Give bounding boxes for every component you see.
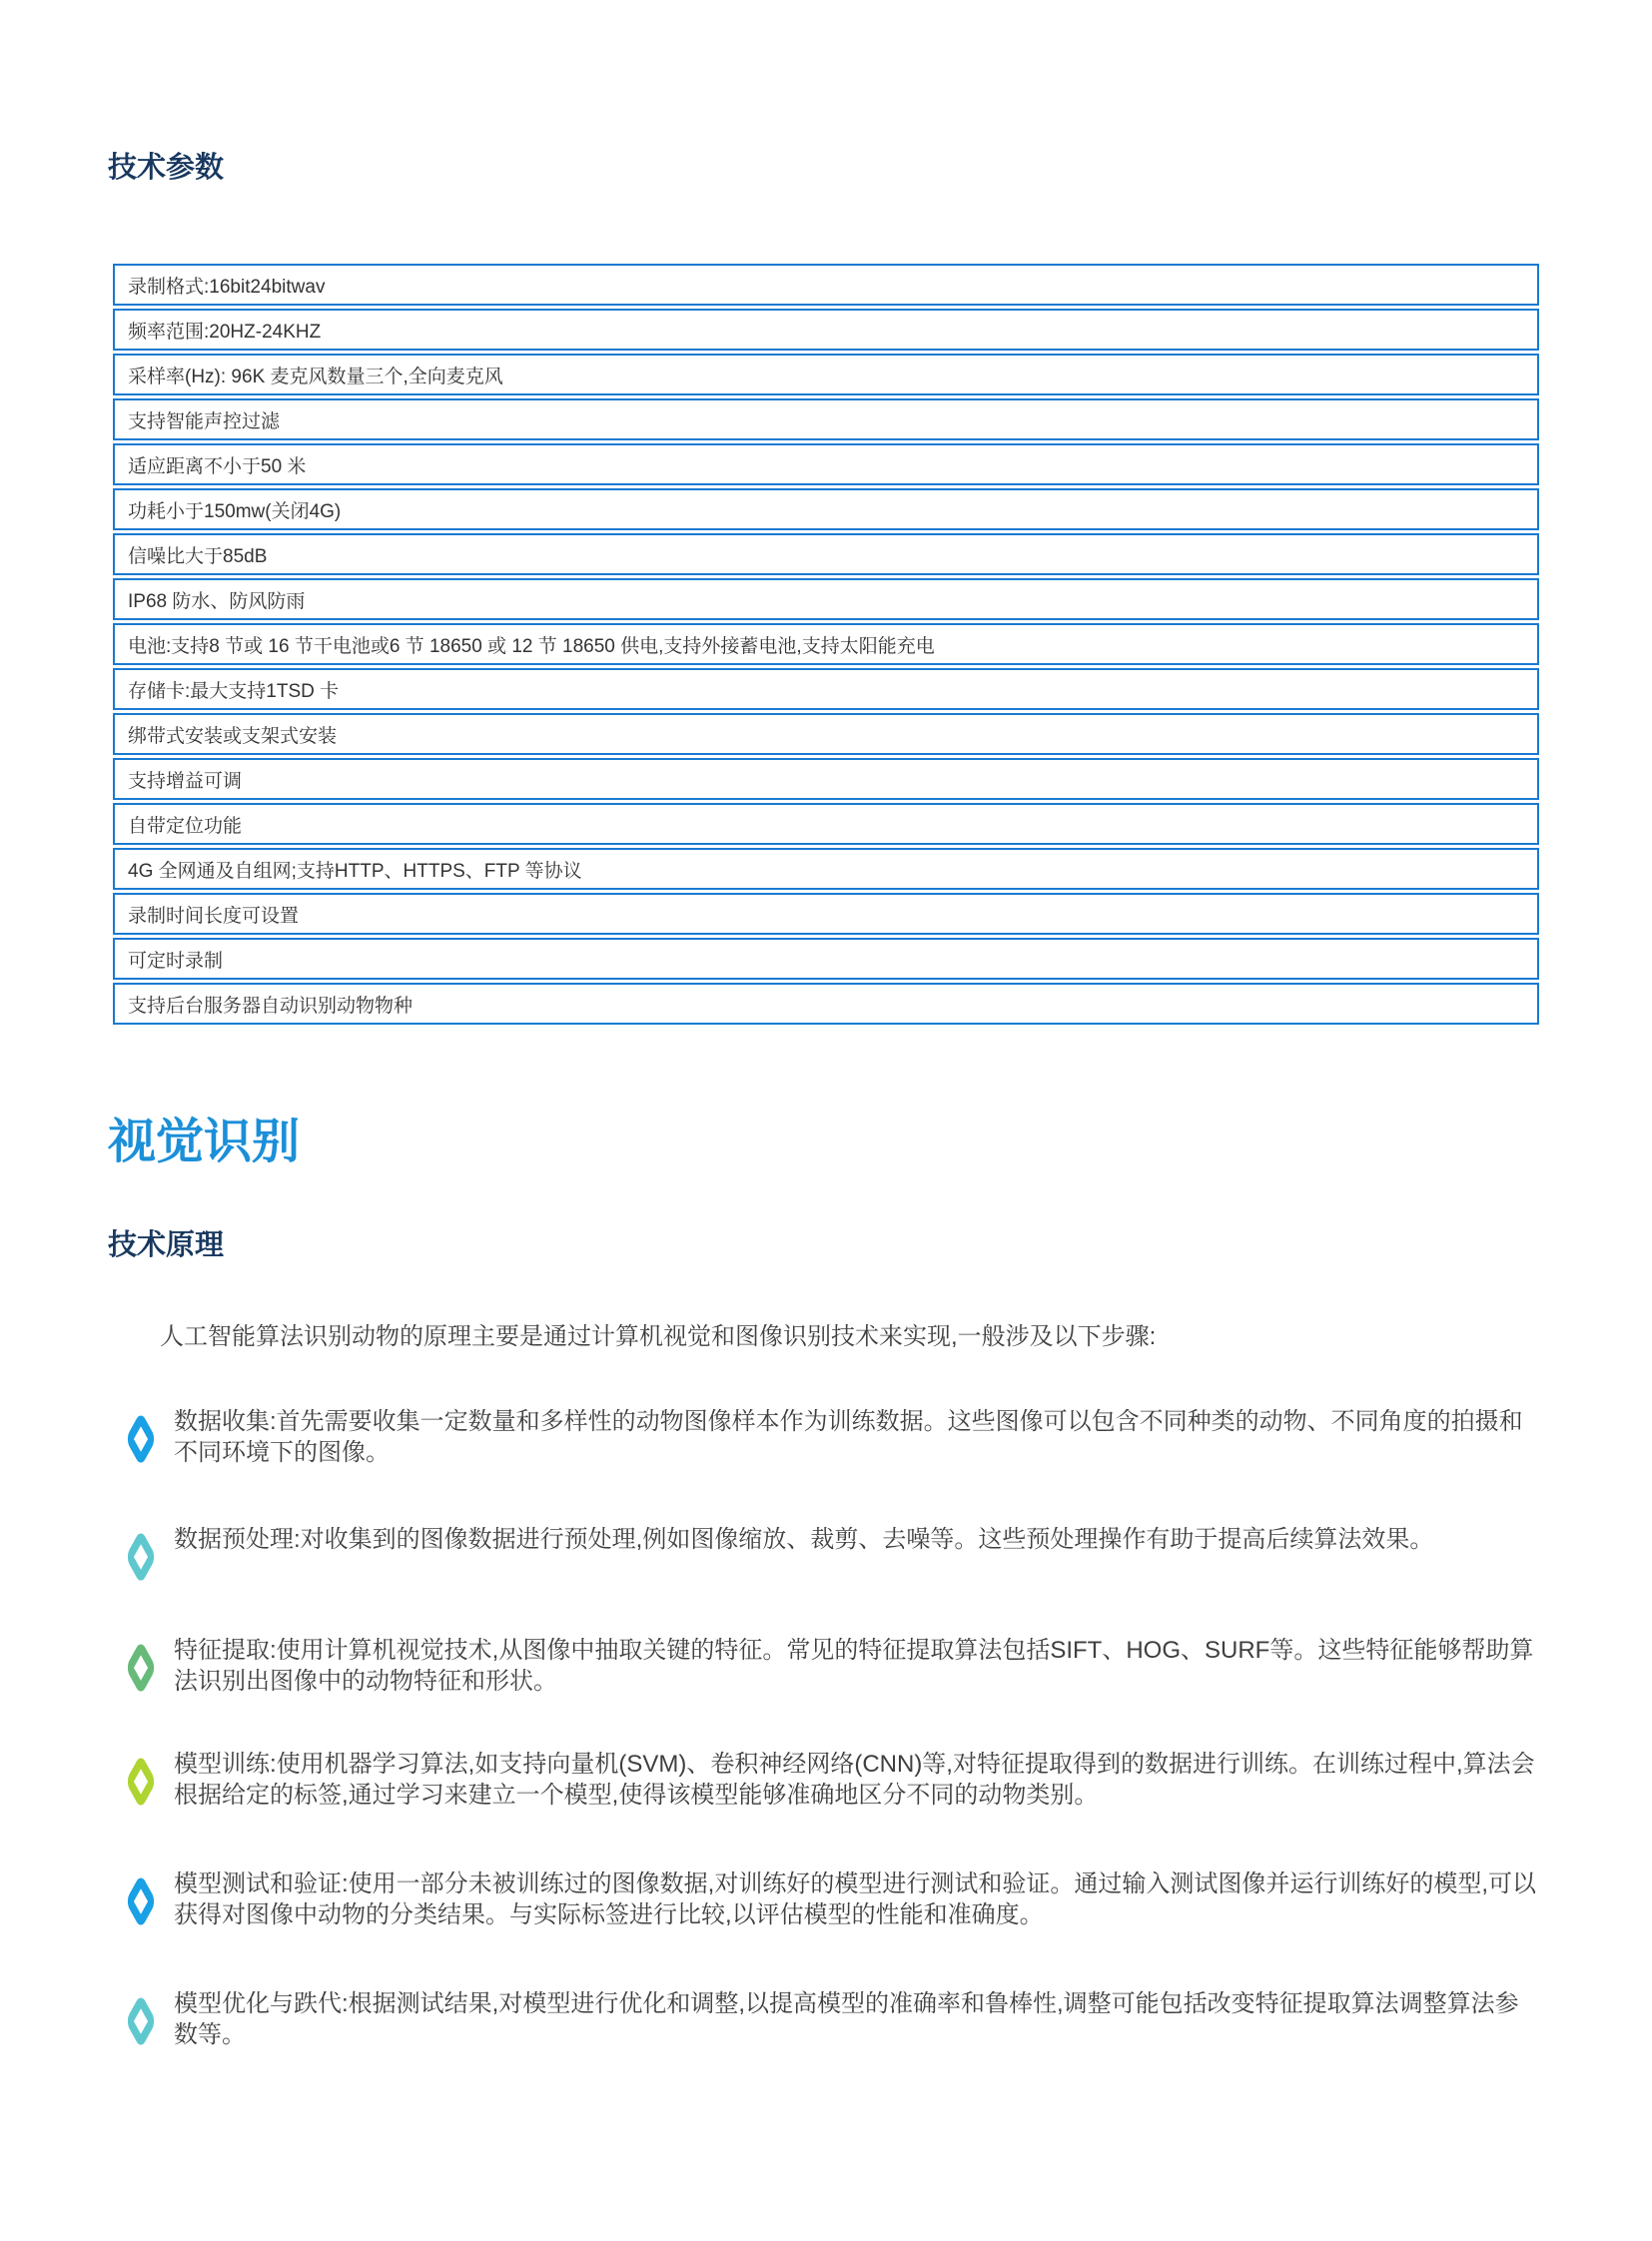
step-item-model-training: 模型训练:使用机器学习算法,如支持向量机(SVM)、卷积神经网络(CNN)等,对… [108,1749,1544,1811]
diamond-outline-icon [125,1529,156,1585]
spec-row-gain: 支持增益可调 [113,758,1539,800]
step-item-model-optimization: 模型优化与跌代:根据测试结果,对模型进行优化和调整,以提高模型的准确率和鲁棒性,… [108,1988,1544,2050]
spec-row-sample-rate: 采样率(Hz): 96K 麦克风数量三个,全向麦克风 [113,354,1539,395]
spec-row-species-recognition: 支持后台服务器自动识别动物物种 [113,983,1539,1025]
step-icon-column [108,1524,174,1555]
spec-row-battery: 电池:支持8 节或 16 节干电池或6 节 18650 或 12 节 18650… [113,623,1539,665]
spec-row-recording-format: 录制格式:16bit24bitwav [113,264,1539,306]
document-page: 技术参数 录制格式:16bit24bitwav 频率范围:20HZ-24KHZ … [0,0,1652,2241]
step-text: 模型优化与跌代:根据测试结果,对模型进行优化和调整,以提高模型的准确率和鲁棒性,… [174,1988,1544,2050]
spec-row-distance: 适应距离不小于50 米 [113,443,1539,485]
spec-row-scheduled-recording: 可定时录制 [113,938,1539,980]
spec-row-ip68: IP68 防水、防风防雨 [113,578,1539,620]
steps-list: 数据收集:首先需要收集一定数量和多样性的动物图像样本作为训练数据。这些图像可以包… [108,1406,1544,2050]
page-content: 技术参数 录制格式:16bit24bitwav 频率范围:20HZ-24KHZ … [0,0,1652,2050]
step-text: 数据收集:首先需要收集一定数量和多样性的动物图像样本作为训练数据。这些图像可以包… [174,1406,1544,1468]
spec-row-mounting: 绑带式安装或支架式安装 [113,713,1539,755]
spec-row-voice-filter: 支持智能声控过滤 [113,398,1539,440]
spec-row-power: 功耗小于150mw(关闭4G) [113,488,1539,530]
step-icon-column [108,1749,174,1811]
step-item-data-preprocessing: 数据预处理:对收集到的图像数据进行预处理,例如图像缩放、裁剪、去噪等。这些预处理… [108,1524,1544,1555]
spec-row-storage: 存储卡:最大支持1TSD 卡 [113,668,1539,710]
specs-table: 录制格式:16bit24bitwav 频率范围:20HZ-24KHZ 采样率(H… [113,264,1539,1025]
step-icon-column [108,1635,174,1697]
intro-paragraph: 人工智能算法识别动物的原理主要是通过计算机视觉和图像识别技术来实现,一般涉及以下… [108,1320,1544,1354]
step-icon-column [108,1988,174,2050]
section-title-visual-recognition: 视觉识别 [108,1115,1544,1170]
spec-row-snr: 信噪比大于85dB [113,533,1539,575]
diamond-outline-icon [125,1640,156,1696]
spec-row-record-length: 录制时间长度可设置 [113,893,1539,935]
step-icon-column [108,1406,174,1468]
diamond-outline-icon [125,1873,156,1929]
step-text: 模型测试和验证:使用一部分未被训练过的图像数据,对训练好的模型进行测试和验证。通… [174,1868,1544,1930]
step-item-feature-extraction: 特征提取:使用计算机视觉技术,从图像中抽取关键的特征。常见的特征提取算法包括SI… [108,1635,1544,1697]
step-text: 数据预处理:对收集到的图像数据进行预处理,例如图像缩放、裁剪、去噪等。这些预处理… [174,1524,1544,1555]
spec-row-positioning: 自带定位功能 [113,803,1539,845]
step-item-data-collection: 数据收集:首先需要收集一定数量和多样性的动物图像样本作为训练数据。这些图像可以包… [108,1406,1544,1468]
diamond-outline-icon [125,1411,156,1467]
step-text: 模型训练:使用机器学习算法,如支持向量机(SVM)、卷积神经网络(CNN)等,对… [174,1749,1544,1811]
diamond-outline-icon [125,1754,156,1810]
diamond-outline-icon [125,1993,156,2049]
spec-row-frequency-range: 频率范围:20HZ-24KHZ [113,309,1539,351]
spec-row-network: 4G 全网通及自组网;支持HTTP、HTTPS、FTP 等协议 [113,848,1539,890]
section-title-tech-params: 技术参数 [108,0,1544,186]
subsection-title-tech-principle: 技术原理 [108,1227,1544,1263]
step-text: 特征提取:使用计算机视觉技术,从图像中抽取关键的特征。常见的特征提取算法包括SI… [174,1635,1544,1697]
step-item-model-testing: 模型测试和验证:使用一部分未被训练过的图像数据,对训练好的模型进行测试和验证。通… [108,1868,1544,1930]
step-icon-column [108,1868,174,1930]
